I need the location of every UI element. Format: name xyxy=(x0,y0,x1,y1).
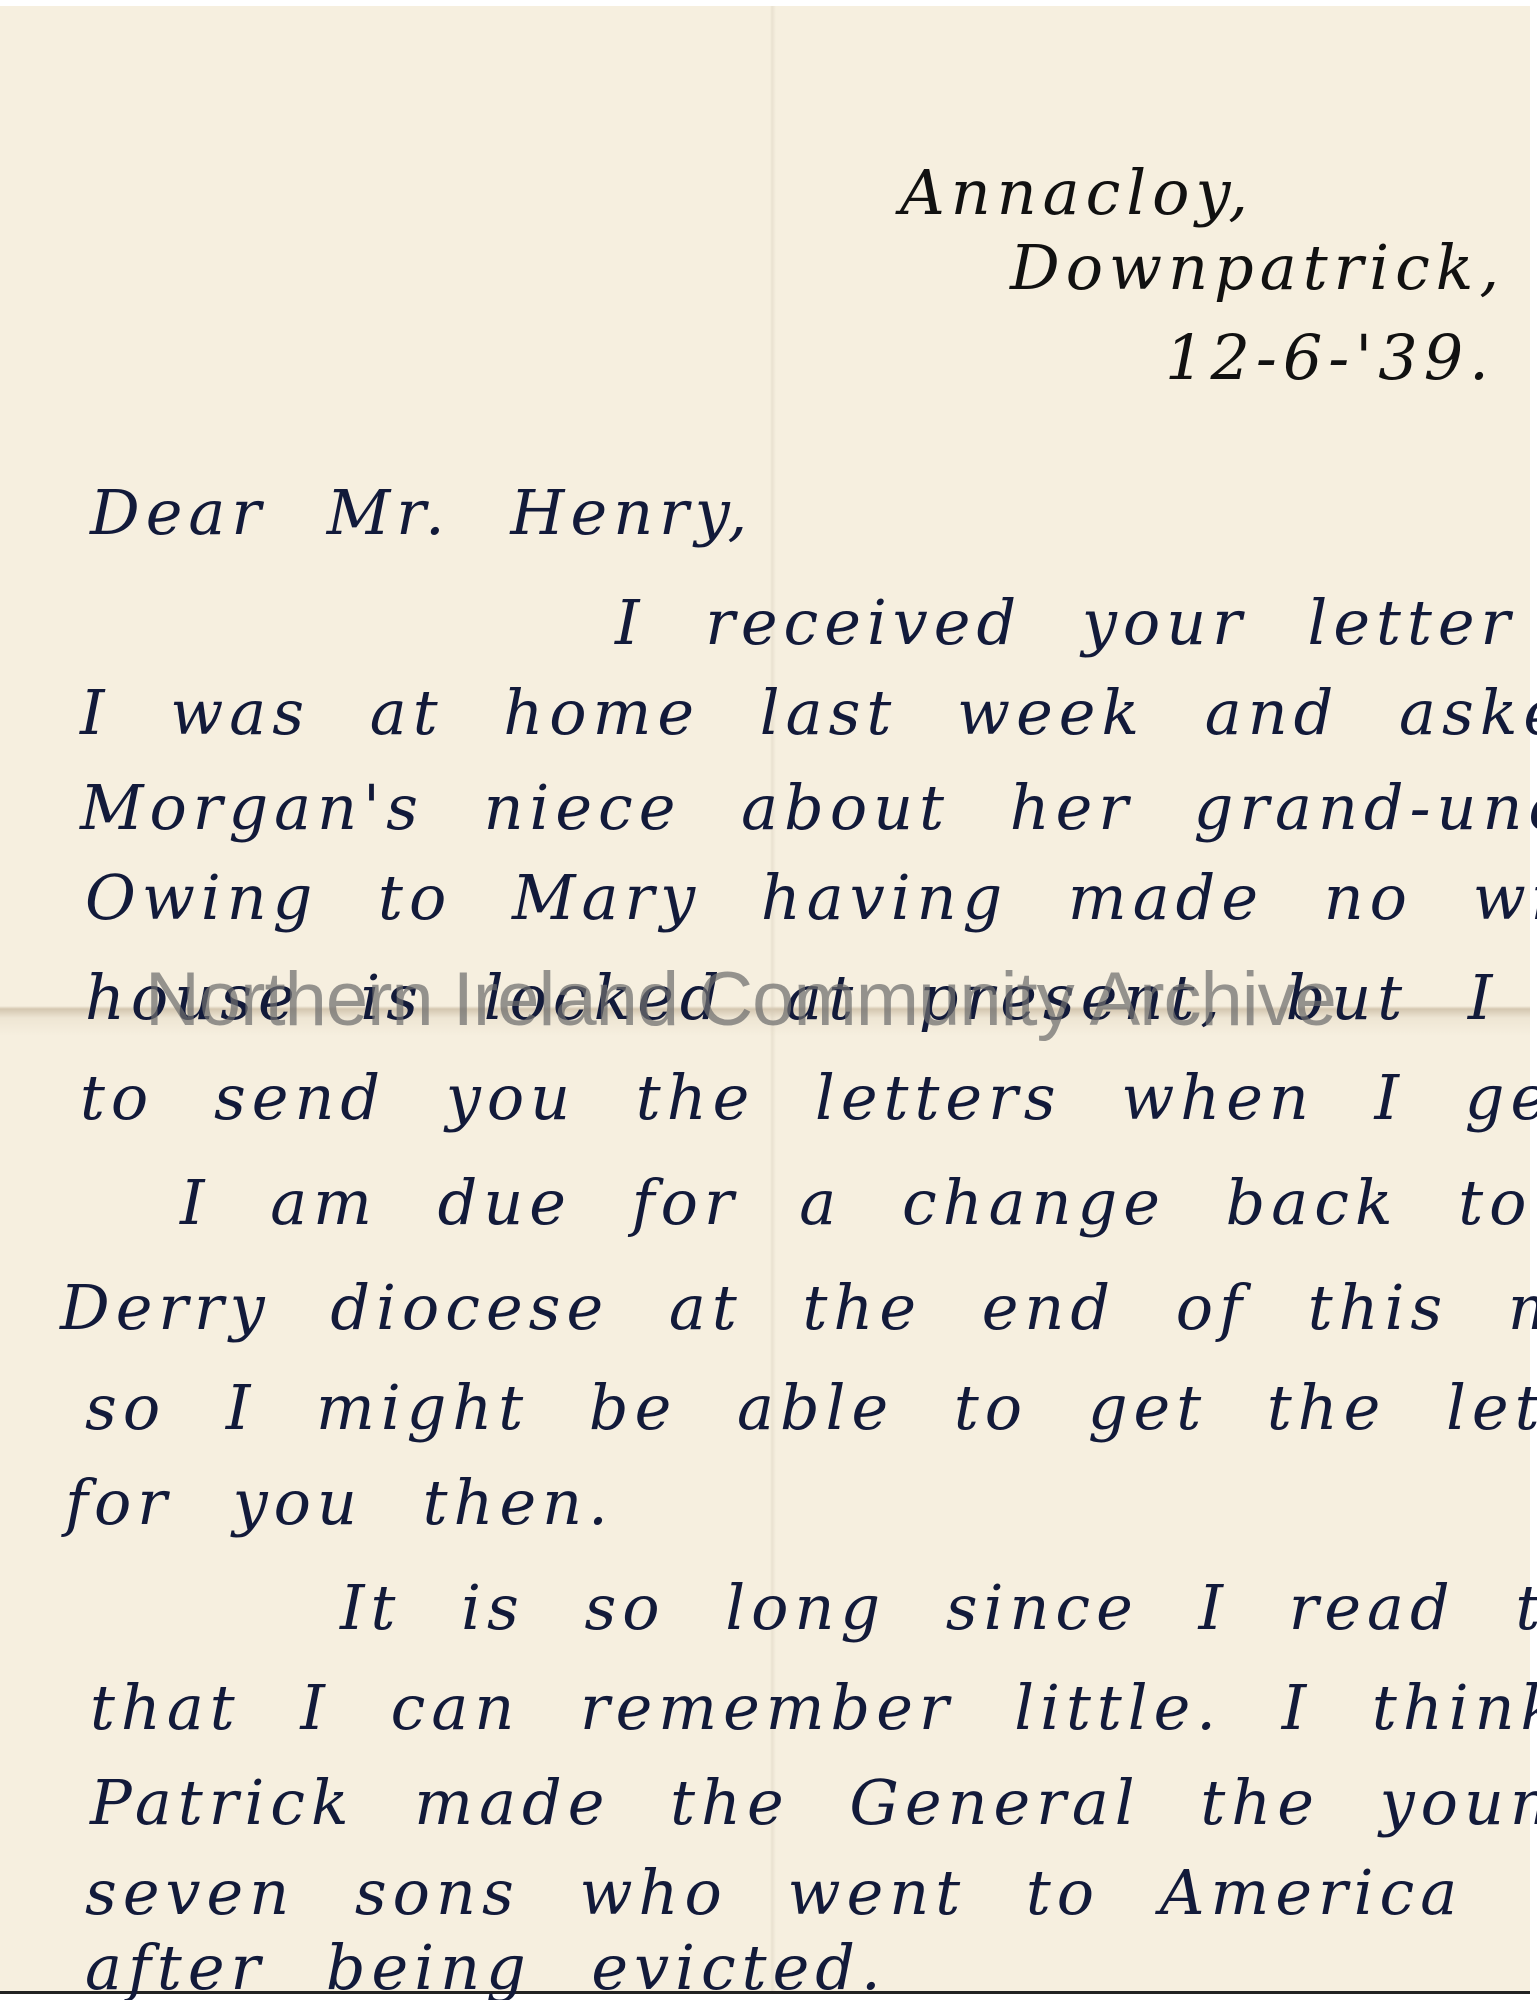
address-line-2: Downpatrick, xyxy=(1010,231,1505,304)
body-line: Derry diocese at the end of this month, xyxy=(60,1271,1537,1344)
letter-date: 12-6-'39. xyxy=(1165,321,1495,394)
body-line: for you then. xyxy=(65,1466,614,1539)
body-line: I am due for a change back to xyxy=(180,1166,1533,1239)
letter-page: Annacloy, Downpatrick, 12-6-'39. Dear Mr… xyxy=(0,6,1530,1994)
body-line: I received your letter today. xyxy=(615,586,1537,659)
archive-watermark: Northern Ireland Community Archive xyxy=(145,956,1336,1043)
body-line: so I might be able to get the letters xyxy=(85,1371,1537,1444)
salutation: Dear Mr. Henry, xyxy=(90,476,753,549)
body-line: I was at home last week and asked Mary xyxy=(80,676,1537,749)
body-line: after being evicted. xyxy=(85,1931,887,2000)
body-line: that I can remember little. I think xyxy=(90,1671,1537,1744)
body-line: Morgan's niece about her grand-uncle's p… xyxy=(80,771,1537,844)
body-line: seven sons who went to America xyxy=(85,1856,1463,1929)
body-line: to send you the letters when I get them. xyxy=(80,1061,1537,1134)
body-line: Patrick made the General the youngest of xyxy=(90,1766,1537,1839)
body-line: Owing to Mary having made no will the xyxy=(85,861,1537,934)
body-line: It is so long since I read them xyxy=(340,1571,1537,1644)
address-line-1: Annacloy, xyxy=(900,156,1254,229)
